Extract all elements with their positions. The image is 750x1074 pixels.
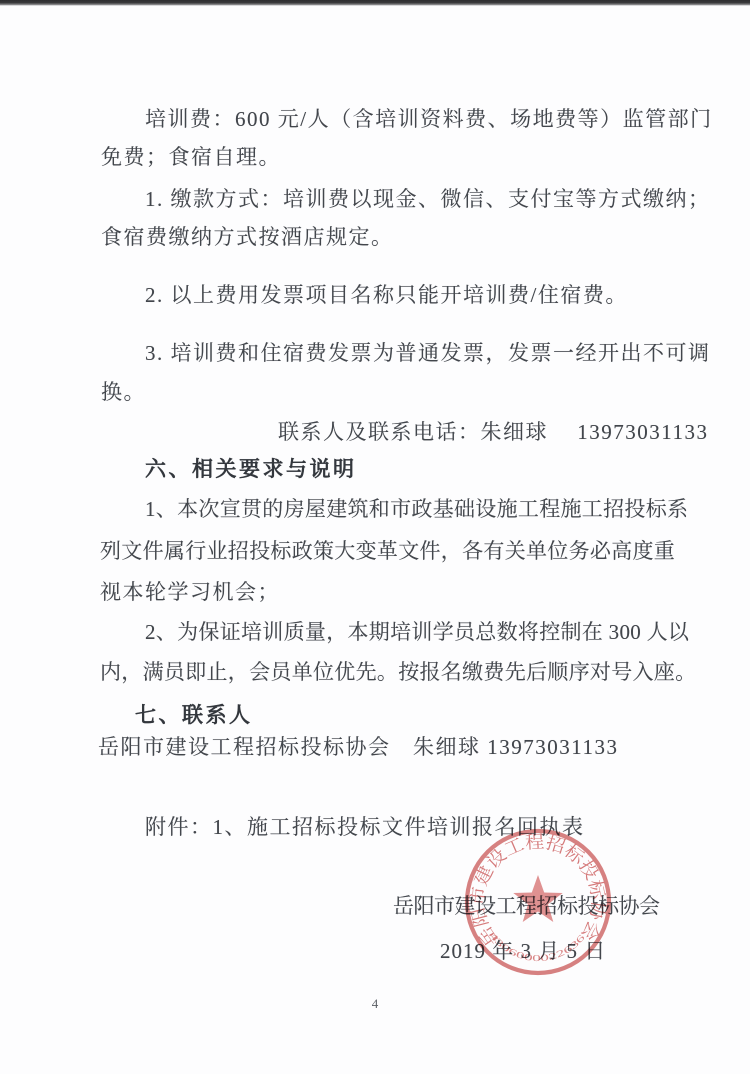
seal-star-icon <box>513 875 562 922</box>
section-heading-7: 七、联系人 <box>135 699 253 729</box>
section-heading-6: 六、相关要求与说明 <box>145 453 357 483</box>
body-line-invoice-type: 3. 培训费和住宿费发票为普通发票，发票一经开出不可调 <box>145 337 711 367</box>
body-line-req1-cont: 列文件属行业招投标政策大变革文件，各有关单位务必高度重 <box>100 535 675 565</box>
official-seal: 岳阳市建设工程招标投标协会 4306000022636 <box>458 824 618 982</box>
body-line-payment-cont: 食宿费缴纳方式按酒店规定。 <box>101 221 394 251</box>
seal-number-arc-text: 4306000022636 <box>487 930 587 963</box>
body-line-contact-phone: 联系人及联系电话：朱细球 13973031133 <box>278 416 708 446</box>
body-line-fee: 培训费：600 元/人（含培训资料费、场地费等）监管部门 <box>145 103 713 133</box>
body-line-fee-cont: 免费；食宿自理。 <box>101 141 281 171</box>
body-line-req1: 1、本次宣贯的房屋建筑和市政基础设施工程施工招投标系 <box>145 493 688 523</box>
body-line-req1-end: 视本轮学习机会； <box>100 576 280 606</box>
body-line-org-contact: 岳阳市建设工程招标投标协会 朱细球 13973031133 <box>98 731 618 761</box>
scan-top-edge <box>0 0 750 5</box>
body-line-invoice-name: 2. 以上费用发票项目名称只能开培训费/住宿费。 <box>145 279 628 309</box>
page-number: 4 <box>0 996 750 1012</box>
body-line-req2-cont: 内，满员即止，会员单位优先。按报名缴费先后顺序对号入座。 <box>100 656 696 686</box>
body-line-payment: 1. 缴款方式：培训费以现金、微信、支付宝等方式缴纳； <box>145 183 711 213</box>
seal-number-textpath: 4306000022636 <box>487 930 587 963</box>
body-line-invoice-cont: 换。 <box>101 376 146 406</box>
body-line-req2: 2、为保证培训质量，本期培训学员总数将控制在 300 人以 <box>145 616 689 646</box>
scanned-document-page: 培训费：600 元/人（含培训资料费、场地费等）监管部门 免费；食宿自理。 1.… <box>0 0 750 1074</box>
